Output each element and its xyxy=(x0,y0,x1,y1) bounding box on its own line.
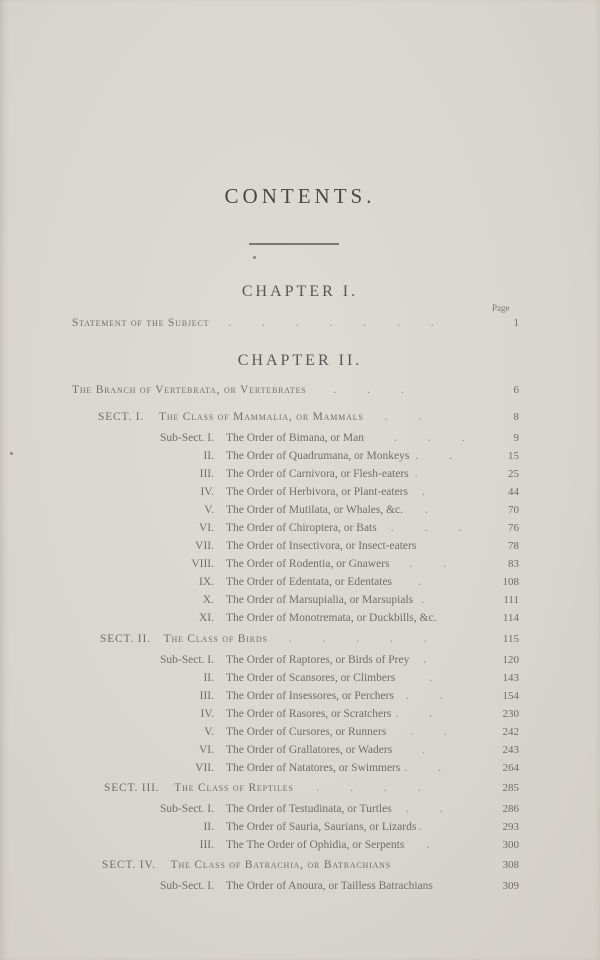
subsection-entry[interactable]: VI.The Order of Chiroptera, or Bats. . . xyxy=(126,522,475,538)
subsection-prefix: V. xyxy=(126,726,214,738)
subsection-entry[interactable]: IX.The Order of Edentata, or Edentates. xyxy=(126,576,435,592)
subsection-prefix: V. xyxy=(126,504,214,516)
leader-dots: . . xyxy=(415,450,466,462)
subsection-label: The Order of Carnivora, or Flesh-eaters xyxy=(226,468,409,480)
leader-dots: . xyxy=(415,468,432,480)
subsection-entry[interactable]: Sub-Sect. I.The Order of Raptores, or Bi… xyxy=(126,654,440,670)
subsection-label: The The Order of Ophidia, or Serpents xyxy=(226,839,404,851)
section-prefix: SECT. II. xyxy=(100,633,151,645)
subsection-prefix: X. xyxy=(126,594,214,606)
subsection-prefix: III. xyxy=(126,839,214,851)
page-number: 285 xyxy=(485,782,519,794)
subsection-label: The Order of Raptores, or Birds of Prey xyxy=(226,654,409,666)
leader-dots: . xyxy=(418,821,435,833)
subsection-prefix: VI. xyxy=(126,522,214,534)
subsection-prefix: Sub-Sect. I. xyxy=(126,654,214,666)
subsection-entry[interactable]: V.The Order of Cursores, or Runners. . xyxy=(126,726,461,742)
subsection-prefix: XI. xyxy=(126,612,214,624)
subsection-entry[interactable]: X.The Order of Marsupialia, or Marsupial… xyxy=(126,594,438,610)
subsection-entry[interactable]: IV.The Order of Rasores, or Scratchers. … xyxy=(126,708,446,724)
leader-dots: . . xyxy=(384,411,435,423)
subsection-entry[interactable]: II.The Order of Scansores, or Climbers. xyxy=(126,672,446,688)
subsection-prefix: VII. xyxy=(126,762,214,774)
page-number: 6 xyxy=(485,384,519,396)
page-number: 83 xyxy=(485,558,519,570)
section-entry[interactable]: SECT. IV. The Class of Batrachia, or Bat… xyxy=(102,859,391,875)
page-number: 308 xyxy=(485,859,519,871)
subsection-prefix: Sub-Sect. I. xyxy=(126,432,214,444)
subsection-entry[interactable]: IV.The Order of Herbivora, or Plant-eate… xyxy=(126,486,439,502)
page-number: 300 xyxy=(485,839,519,851)
leader-dots: . xyxy=(422,486,439,498)
leader-dots: . . xyxy=(404,762,455,774)
leader-dots: . xyxy=(429,672,446,684)
subsection-label: The Order of Anoura, or Tailless Batrach… xyxy=(226,880,433,892)
toc-entry[interactable]: Statement of the Subject . . . . . . . xyxy=(72,317,448,333)
subsection-entry[interactable]: Sub-Sect. I.The Order of Bimana, or Man.… xyxy=(126,432,478,448)
subsection-prefix: III. xyxy=(126,468,214,480)
section-prefix: SECT. I. xyxy=(98,411,144,423)
leader-dots: . xyxy=(423,654,440,666)
subsection-entry[interactable]: Sub-Sect. I.The Order of Anoura, or Tail… xyxy=(126,880,433,896)
page-number: 120 xyxy=(485,654,519,666)
entry-label: The Branch of Vertebrata, or Vertebrates xyxy=(72,384,307,396)
page-number: 230 xyxy=(485,708,519,720)
leader-dots: . . . . . . . xyxy=(228,317,447,329)
section-label: The Class of Batrachia, or Batrachians xyxy=(171,859,391,871)
section-prefix: SECT. IV. xyxy=(102,859,156,871)
page-number: 70 xyxy=(485,504,519,516)
subsection-label: The Order of Grallatores, or Waders xyxy=(226,744,392,756)
subsection-entry[interactable]: V.The Order of Mutilata, or Whales, &c.. xyxy=(126,504,442,520)
page-number: 108 xyxy=(485,576,519,588)
subsection-prefix: IV. xyxy=(126,486,214,498)
ink-speck xyxy=(253,256,256,259)
leader-dots: . xyxy=(426,839,443,851)
subsection-entry[interactable]: II.The Order of Sauria, Saurians, or Liz… xyxy=(126,821,435,837)
leader-dots: . . . xyxy=(391,522,475,534)
leader-dots: . . xyxy=(410,558,461,570)
subsection-entry[interactable]: Sub-Sect. I.The Order of Testudinata, or… xyxy=(126,803,456,819)
subsection-label: The Order of Herbivora, or Plant-eaters xyxy=(226,486,408,498)
subsection-prefix: Sub-Sect. I. xyxy=(126,880,214,892)
page-number: 114 xyxy=(485,612,519,624)
leader-dots: . . . xyxy=(333,384,417,396)
section-label: The Class of Mammalia, or Mammals xyxy=(159,411,364,423)
page-number: 293 xyxy=(485,821,519,833)
page-number: 44 xyxy=(485,486,519,498)
subsection-label: The Order of Edentata, or Edentates xyxy=(226,576,392,588)
leader-dots: . xyxy=(418,576,435,588)
subsection-prefix: II. xyxy=(126,672,214,684)
book-page: CONTENTS. CHAPTER I. Page Statement of t… xyxy=(0,0,600,960)
ink-speck xyxy=(10,452,13,455)
subsection-entry[interactable]: III.The Order of Insessores, or Perchers… xyxy=(126,690,457,706)
subsection-prefix: III. xyxy=(126,690,214,702)
page-number: 9 xyxy=(485,432,519,444)
subsection-label: The Order of Mutilata, or Whales, &c. xyxy=(226,504,403,516)
toc-entry[interactable]: The Branch of Vertebrata, or Vertebrates… xyxy=(72,384,418,400)
subsection-entry[interactable]: VI.The Order of Grallatores, or Waders. xyxy=(126,744,439,760)
page-number: 154 xyxy=(485,690,519,702)
leader-dots: . . . xyxy=(394,432,478,444)
subsection-label: The Order of Natatores, or Swimmers xyxy=(226,762,400,774)
subsection-prefix: VI. xyxy=(126,744,214,756)
subsection-prefix: II. xyxy=(126,450,214,462)
subsection-label: The Order of Sauria, Saurians, or Lizard… xyxy=(226,821,416,833)
page-number: 242 xyxy=(485,726,519,738)
subsection-entry[interactable]: XI.The Order of Monotremata, or Duckbill… xyxy=(126,612,436,628)
subsection-label: The Order of Scansores, or Climbers xyxy=(226,672,395,684)
leader-dots: . xyxy=(422,744,439,756)
subsection-prefix: Sub-Sect. I. xyxy=(126,803,214,815)
chapter-heading: CHAPTER I. xyxy=(0,283,600,301)
section-label: The Class of Birds xyxy=(164,633,268,645)
subsection-label: The Order of Chiroptera, or Bats xyxy=(226,522,377,534)
leader-dots: . . xyxy=(410,726,461,738)
section-entry[interactable]: SECT. I. The Class of Mammalia, or Mamma… xyxy=(98,411,435,427)
subsection-label: The Order of Marsupialia, or Marsupials xyxy=(226,594,413,606)
page-column-label: Page xyxy=(492,303,510,313)
page-number: 15 xyxy=(485,450,519,462)
page-number: 286 xyxy=(485,803,519,815)
page-number: 1 xyxy=(485,317,519,329)
subsection-entry[interactable]: VIII.The Order of Rodentia, or Gnawers. … xyxy=(126,558,460,574)
subsection-label: The Order of Quadrumana, or Monkeys xyxy=(226,450,409,462)
chapter-heading: CHAPTER II. xyxy=(0,352,600,370)
page-title: CONTENTS. xyxy=(0,184,600,209)
section-prefix: SECT. III. xyxy=(104,782,159,794)
subsection-prefix: II. xyxy=(126,821,214,833)
subsection-label: The Order of Bimana, or Man xyxy=(226,432,364,444)
section-entry[interactable]: SECT. III. The Class of Reptiles . . . . xyxy=(104,782,435,798)
page-number: 76 xyxy=(485,522,519,534)
page-number: 243 xyxy=(485,744,519,756)
page-number: 8 xyxy=(485,411,519,423)
leader-dots: . . xyxy=(406,803,457,815)
leader-dots: . xyxy=(425,504,442,516)
entry-label: Statement of the Subject xyxy=(72,317,209,329)
leader-dots: . . xyxy=(406,690,457,702)
subsection-label: The Order of Testudinata, or Turtles xyxy=(226,803,392,815)
section-entry[interactable]: SECT. II. The Class of Birds . . . . . xyxy=(100,633,440,649)
title-rule xyxy=(249,243,339,245)
page-number: 111 xyxy=(485,594,519,606)
page-number: 264 xyxy=(485,762,519,774)
leader-dots: . . . . xyxy=(317,782,435,794)
page-number: 309 xyxy=(485,880,519,892)
subsection-prefix: IV. xyxy=(126,708,214,720)
page-number: 78 xyxy=(485,540,519,552)
subsection-entry[interactable]: III.The Order of Carnivora, or Flesh-eat… xyxy=(126,468,432,484)
subsection-entry[interactable]: II.The Order of Quadrumana, or Monkeys. … xyxy=(126,450,466,466)
subsection-entry[interactable]: VII.The Order of Natatores, or Swimmers.… xyxy=(126,762,455,778)
subsection-entry[interactable]: VII.The Order of Insectivora, or Insect-… xyxy=(126,540,416,556)
page-number: 25 xyxy=(485,468,519,480)
subsection-prefix: IX. xyxy=(126,576,214,588)
subsection-label: The Order of Insessores, or Perchers xyxy=(226,690,394,702)
subsection-prefix: VIII. xyxy=(126,558,214,570)
leader-dots: . xyxy=(421,594,438,606)
subsection-label: The Order of Rasores, or Scratchers xyxy=(226,708,391,720)
subsection-label: The Order of Rodentia, or Gnawers xyxy=(226,558,390,570)
subsection-prefix: VII. xyxy=(126,540,214,552)
page-number: 115 xyxy=(485,633,519,645)
page-number: 143 xyxy=(485,672,519,684)
leader-dots: . . . . . xyxy=(289,633,441,645)
subsection-label: The Order of Insectivora, or Insect-eate… xyxy=(226,540,416,552)
subsection-entry[interactable]: III.The The Order of Ophidia, or Serpent… xyxy=(126,839,443,855)
leader-dots: . . xyxy=(395,708,446,720)
subsection-label: The Order of Cursores, or Runners xyxy=(226,726,386,738)
subsection-label: The Order of Monotremata, or Duckbills, … xyxy=(226,612,436,624)
section-label: The Class of Reptiles xyxy=(174,782,293,794)
